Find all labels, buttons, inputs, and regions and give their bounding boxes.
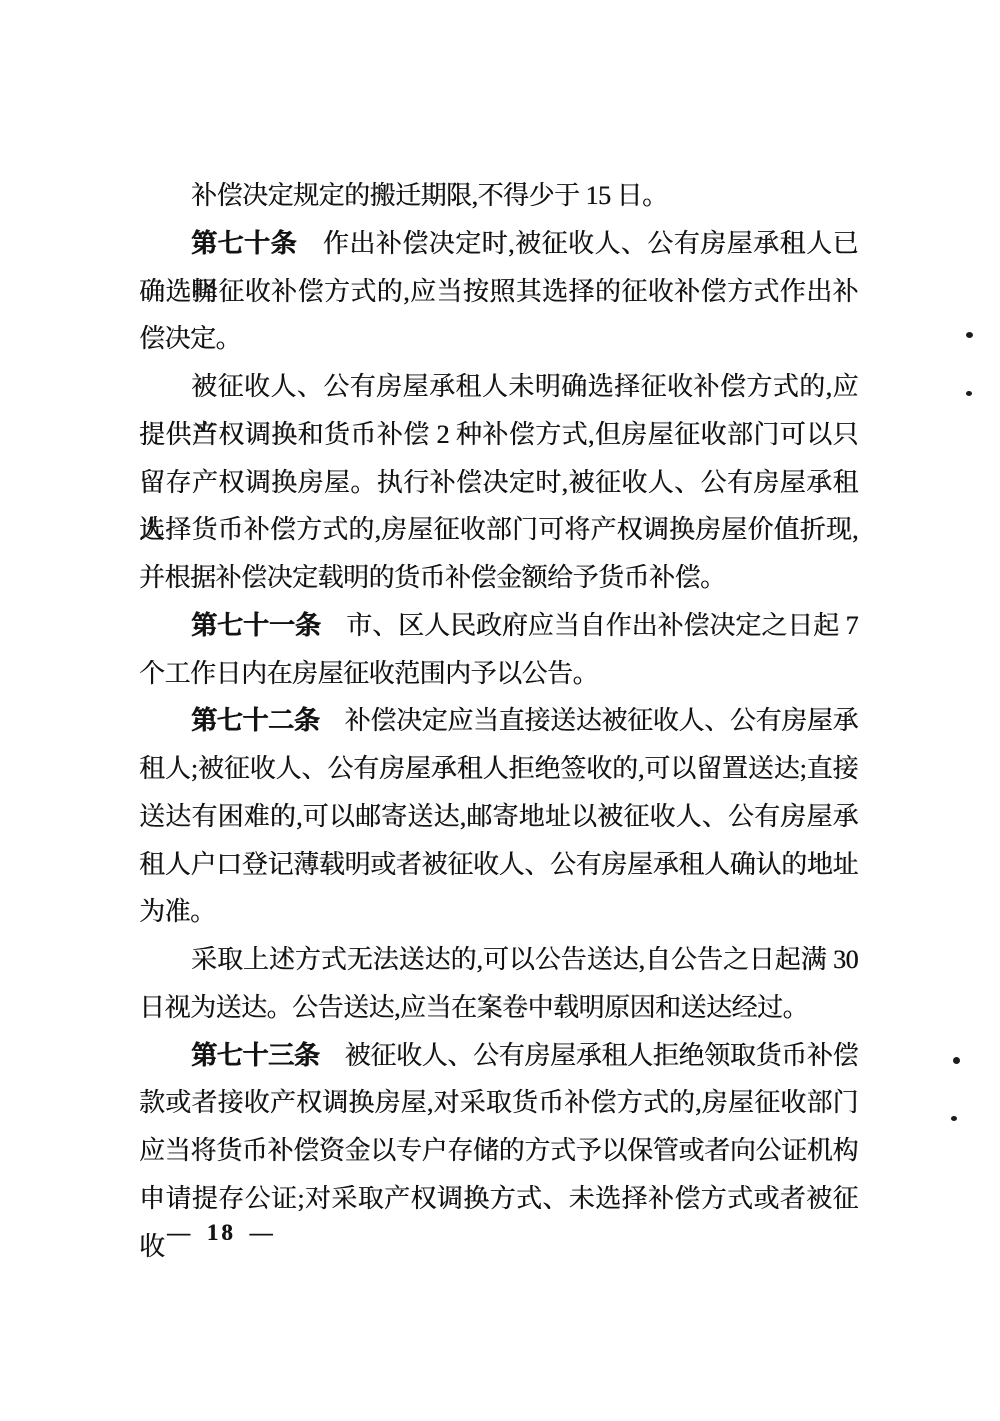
- text-line: 补偿决定规定的搬迁期限,不得少于 15 日。: [139, 172, 858, 220]
- text-line: 为准。: [139, 888, 858, 936]
- page-number: — 18 —: [167, 1220, 276, 1246]
- text-line: 并根据补偿决定载明的货币补偿金额给予货币补偿。: [139, 554, 858, 602]
- text-line: 偿决定。: [139, 315, 858, 363]
- ink-speck: [966, 391, 972, 396]
- line-text: 为准。: [139, 897, 216, 926]
- text-line: 第七十条作出补偿决定时,被征收人、公有房屋承租人已明: [139, 220, 858, 268]
- line-text: 选择货币补偿方式的,房屋征收部门可将产权调换房屋价值折现,: [139, 515, 858, 544]
- article-number: 第七十条: [191, 229, 297, 258]
- line-text: 租人;被征收人、公有房屋承租人拒绝签收的,可以留置送达;直接: [139, 754, 858, 783]
- line-text: 送达有困难的,可以邮寄送达,邮寄地址以被征收人、公有房屋承: [139, 802, 858, 831]
- line-text: 被征收人、公有房屋承租人拒绝领取货币补偿: [344, 1041, 858, 1070]
- ink-speck: [966, 332, 973, 338]
- line-text: 款或者接收产权调换房屋,对采取货币补偿方式的,房屋征收部门: [139, 1088, 858, 1117]
- line-text: 补偿决定应当直接送达被征收人、公有房屋承: [344, 706, 858, 735]
- text-line: 个工作日内在房屋征收范围内予以公告。: [139, 650, 858, 698]
- article-number: 第七十二条: [191, 706, 319, 735]
- line-text: 租人户口登记薄载明或者被征收人、公有房屋承租人确认的地址: [139, 850, 858, 879]
- line-text: 偿决定。: [139, 324, 241, 353]
- article-number: 第七十三条: [191, 1041, 319, 1070]
- text-line: 选择货币补偿方式的,房屋征收部门可将产权调换房屋价值折现,: [139, 506, 858, 554]
- line-text: 提供产权调换和货币补偿 2 种补偿方式,但房屋征收部门可以只: [139, 420, 858, 449]
- ink-speck: [951, 1116, 957, 1121]
- article-number: 第七十一条: [191, 611, 321, 640]
- text-line: 日视为送达。公告送达,应当在案卷中载明原因和送达经过。: [139, 984, 858, 1032]
- text-line: 提供产权调换和货币补偿 2 种补偿方式,但房屋征收部门可以只: [139, 411, 858, 459]
- line-text: 补偿决定规定的搬迁期限,不得少于 15 日。: [191, 181, 668, 210]
- text-line: 第七十一条市、区人民政府应当自作出补偿决定之日起 7: [139, 602, 858, 650]
- text-line: 第七十二条补偿决定应当直接送达被征收人、公有房屋承: [139, 697, 858, 745]
- line-text: 采取上述方式无法送达的,可以公告送达,自公告之日起满 30: [191, 945, 858, 974]
- text-line: 第七十三条被征收人、公有房屋承租人拒绝领取货币补偿: [139, 1032, 858, 1080]
- text-line: 被征收人、公有房屋承租人未明确选择征收补偿方式的,应当: [139, 363, 858, 411]
- text-line: 采取上述方式无法送达的,可以公告送达,自公告之日起满 30: [139, 936, 858, 984]
- line-text: 个工作日内在房屋征收范围内予以公告。: [139, 659, 598, 688]
- text-line: 租人户口登记薄载明或者被征收人、公有房屋承租人确认的地址: [139, 841, 858, 889]
- body-text: 补偿决定规定的搬迁期限,不得少于 15 日。第七十条作出补偿决定时,被征收人、公…: [139, 172, 858, 1223]
- text-line: 应当将货币补偿资金以专户存储的方式予以保管或者向公证机构: [139, 1127, 858, 1175]
- line-text: 并根据补偿决定载明的货币补偿金额给予货币补偿。: [139, 563, 726, 592]
- text-line: 送达有困难的,可以邮寄送达,邮寄地址以被征收人、公有房屋承: [139, 793, 858, 841]
- text-line: 申请提存公证;对采取产权调换方式、未选择补偿方式或者被征收: [139, 1175, 858, 1223]
- text-line: 确选择征收补偿方式的,应当按照其选择的征收补偿方式作出补: [139, 268, 858, 316]
- ink-speck: [953, 1057, 960, 1064]
- line-text: 日视为送达。公告送达,应当在案卷中载明原因和送达经过。: [139, 993, 808, 1022]
- line-text: 确选择征收补偿方式的,应当按照其选择的征收补偿方式作出补: [139, 277, 858, 306]
- line-text: 市、区人民政府应当自作出补偿决定之日起 7: [346, 611, 858, 640]
- text-line: 租人;被征收人、公有房屋承租人拒绝签收的,可以留置送达;直接: [139, 745, 858, 793]
- text-line: 款或者接收产权调换房屋,对采取货币补偿方式的,房屋征收部门: [139, 1079, 858, 1127]
- text-line: 留存产权调换房屋。执行补偿决定时,被征收人、公有房屋承租人: [139, 459, 858, 507]
- document-page: 补偿决定规定的搬迁期限,不得少于 15 日。第七十条作出补偿决定时,被征收人、公…: [0, 0, 1000, 1421]
- line-text: 应当将货币补偿资金以专户存储的方式予以保管或者向公证机构: [139, 1136, 858, 1165]
